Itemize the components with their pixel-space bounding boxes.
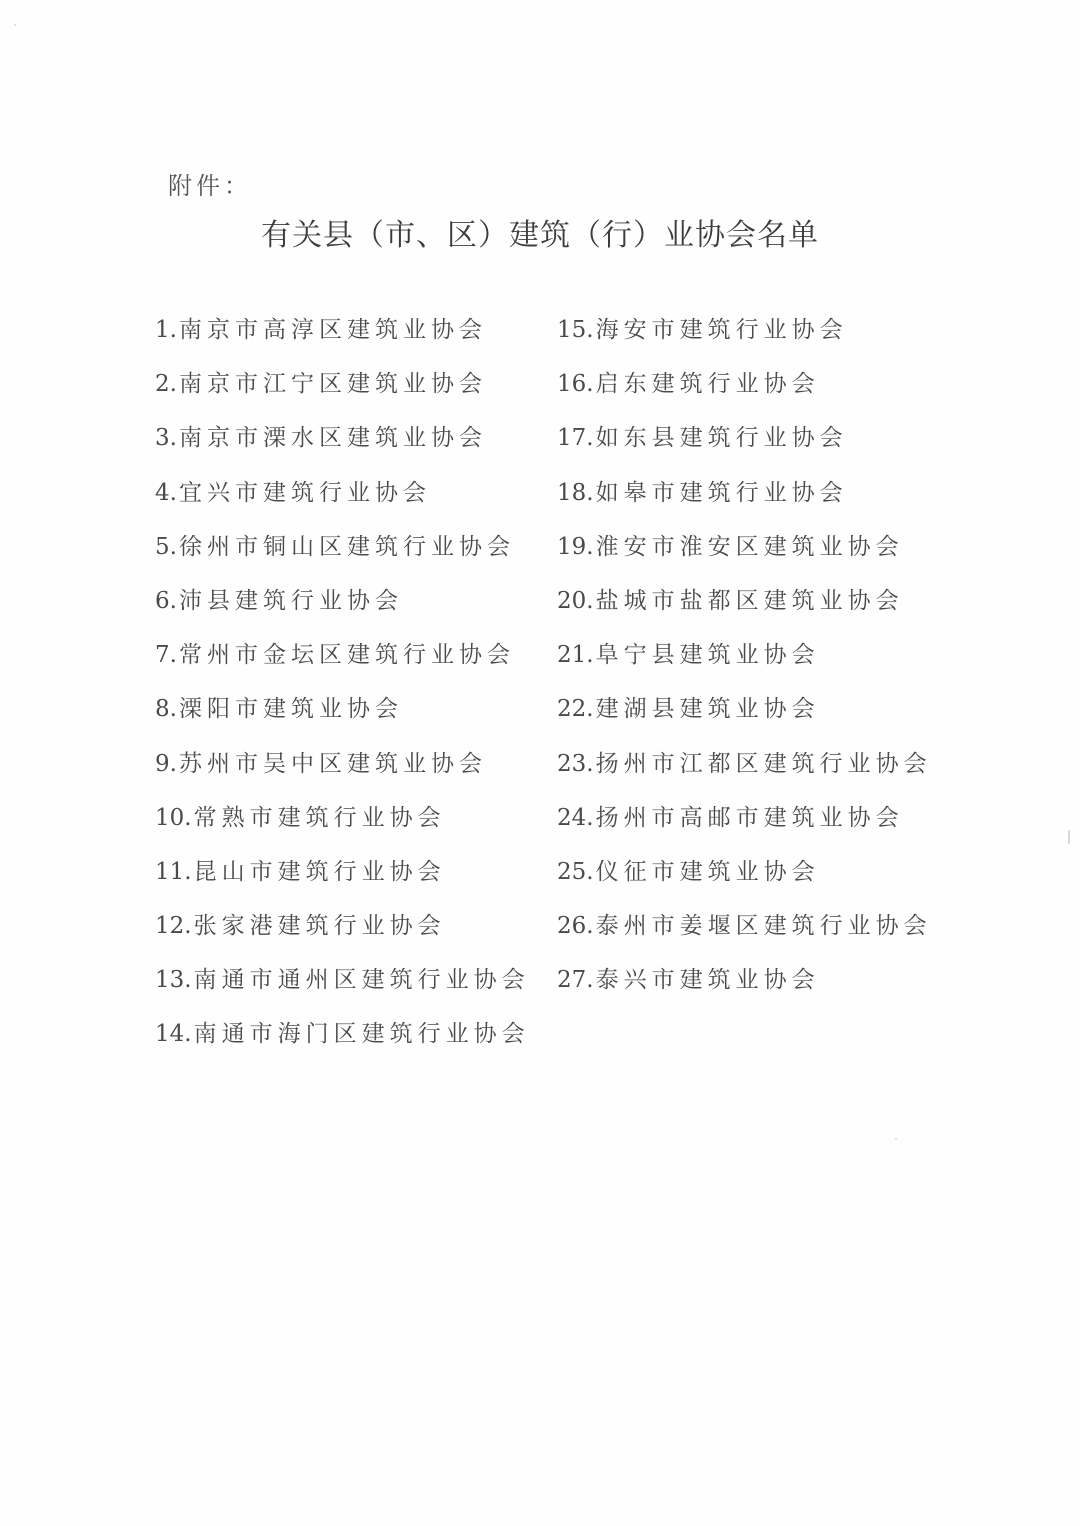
association-name: 南京市江宁区建筑业协会	[179, 371, 487, 397]
item-number: 2.	[155, 371, 177, 397]
list-item: 21.阜宁县建筑业协会	[557, 638, 932, 692]
scan-speck	[895, 1138, 897, 1140]
association-name: 启东建筑行业协会	[596, 371, 820, 397]
association-name: 沛县建筑行业协会	[179, 588, 403, 614]
association-list-left: 1.南京市高淳区建筑业协会 2.南京市江宁区建筑业协会 3.南京市溧水区建筑业协…	[155, 313, 530, 1072]
list-item: 15.海安市建筑行业协会	[557, 313, 932, 367]
list-item: 1.南京市高淳区建筑业协会	[155, 313, 530, 367]
association-name: 徐州市铜山区建筑行业协会	[179, 534, 515, 560]
association-name: 如皋市建筑行业协会	[596, 480, 848, 506]
item-number: 11.	[155, 859, 192, 885]
item-number: 8.	[155, 696, 177, 722]
list-item: 18.如皋市建筑行业协会	[557, 476, 932, 530]
association-name: 如东县建筑行业协会	[596, 425, 848, 451]
list-item: 4.宜兴市建筑行业协会	[155, 476, 530, 530]
item-number: 15.	[557, 317, 594, 343]
list-item: 8.溧阳市建筑业协会	[155, 692, 530, 746]
association-name: 常熟市建筑行业协会	[194, 805, 446, 831]
list-item: 26.泰州市姜堰区建筑行业协会	[557, 909, 932, 963]
association-name: 南京市高淳区建筑业协会	[179, 317, 487, 343]
list-item: 13.南通市通州区建筑行业协会	[155, 963, 530, 1017]
item-number: 12.	[155, 913, 192, 939]
item-number: 17.	[557, 425, 594, 451]
list-item: 23.扬州市江都区建筑行业协会	[557, 747, 932, 801]
association-name: 溧阳市建筑业协会	[179, 696, 403, 722]
list-item: 22.建湖县建筑业协会	[557, 692, 932, 746]
document-page: 附件： 有关县（市、区）建筑（行）业协会名单 1.南京市高淳区建筑业协会 2.南…	[0, 0, 1080, 1526]
association-name: 苏州市吴中区建筑业协会	[179, 751, 487, 777]
list-item: 7.常州市金坛区建筑行业协会	[155, 638, 530, 692]
association-name: 扬州市江都区建筑行业协会	[596, 751, 932, 777]
association-name: 建湖县建筑业协会	[596, 696, 820, 722]
item-number: 27.	[557, 967, 594, 993]
list-item: 19.淮安市淮安区建筑业协会	[557, 530, 932, 584]
list-item: 20.盐城市盐都区建筑业协会	[557, 584, 932, 638]
item-number: 14.	[155, 1021, 192, 1047]
association-name: 仪征市建筑业协会	[596, 859, 820, 885]
association-name: 阜宁县建筑业协会	[596, 642, 820, 668]
item-number: 18.	[557, 480, 594, 506]
list-item: 9.苏州市吴中区建筑业协会	[155, 747, 530, 801]
association-name: 盐城市盐都区建筑业协会	[596, 588, 904, 614]
association-name: 昆山市建筑行业协会	[194, 859, 446, 885]
list-item: 10.常熟市建筑行业协会	[155, 801, 530, 855]
document-title: 有关县（市、区）建筑（行）业协会名单	[0, 210, 1080, 254]
list-item: 3.南京市溧水区建筑业协会	[155, 421, 530, 475]
association-name: 泰兴市建筑业协会	[596, 967, 820, 993]
association-name: 南京市溧水区建筑业协会	[179, 425, 487, 451]
item-number: 22.	[557, 696, 594, 722]
item-number: 7.	[155, 642, 177, 668]
association-name: 南通市通州区建筑行业协会	[194, 967, 530, 993]
list-item: 24.扬州市高邮市建筑业协会	[557, 801, 932, 855]
association-name: 南通市海门区建筑行业协会	[194, 1021, 530, 1047]
item-number: 13.	[155, 967, 192, 993]
list-item: 2.南京市江宁区建筑业协会	[155, 367, 530, 421]
list-item: 5.徐州市铜山区建筑行业协会	[155, 530, 530, 584]
item-number: 19.	[557, 534, 594, 560]
association-list-right: 15.海安市建筑行业协会 16.启东建筑行业协会 17.如东县建筑行业协会 18…	[557, 313, 932, 1017]
attachment-label: 附件：	[168, 166, 252, 201]
item-number: 1.	[155, 317, 177, 343]
association-name: 宜兴市建筑行业协会	[179, 480, 431, 506]
item-number: 3.	[155, 425, 177, 451]
scan-speck	[14, 24, 16, 26]
item-number: 23.	[557, 751, 594, 777]
association-name: 淮安市淮安区建筑业协会	[596, 534, 904, 560]
item-number: 16.	[557, 371, 594, 397]
association-name: 张家港建筑行业协会	[194, 913, 446, 939]
list-item: 25.仪征市建筑业协会	[557, 855, 932, 909]
item-number: 5.	[155, 534, 177, 560]
association-name: 泰州市姜堰区建筑行业协会	[596, 913, 932, 939]
association-name: 扬州市高邮市建筑业协会	[596, 805, 904, 831]
list-item: 14.南通市海门区建筑行业协会	[155, 1017, 530, 1071]
list-item: 17.如东县建筑行业协会	[557, 421, 932, 475]
item-number: 26.	[557, 913, 594, 939]
item-number: 6.	[155, 588, 177, 614]
list-item: 27.泰兴市建筑业协会	[557, 963, 932, 1017]
item-number: 21.	[557, 642, 594, 668]
item-number: 9.	[155, 751, 177, 777]
list-item: 11.昆山市建筑行业协会	[155, 855, 530, 909]
association-name: 海安市建筑行业协会	[596, 317, 848, 343]
scan-speck	[1068, 830, 1070, 844]
list-item: 12.张家港建筑行业协会	[155, 909, 530, 963]
list-item: 16.启东建筑行业协会	[557, 367, 932, 421]
item-number: 25.	[557, 859, 594, 885]
item-number: 20.	[557, 588, 594, 614]
item-number: 4.	[155, 480, 177, 506]
item-number: 10.	[155, 805, 192, 831]
item-number: 24.	[557, 805, 594, 831]
association-name: 常州市金坛区建筑行业协会	[179, 642, 515, 668]
list-item: 6.沛县建筑行业协会	[155, 584, 530, 638]
